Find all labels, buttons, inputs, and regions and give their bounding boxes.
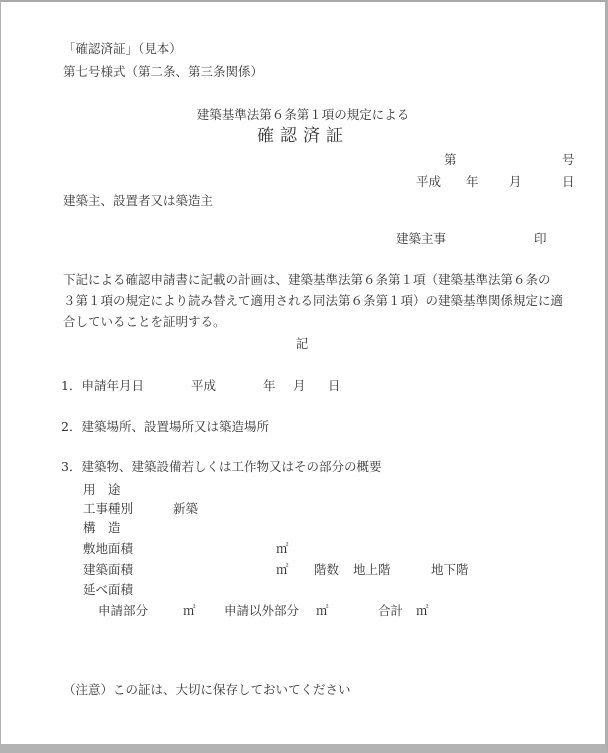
sum-label: 合計 xyxy=(378,603,403,619)
certify-paragraph-line1: 下記による確認申請書に記載の計画は、建築基準法第６条第１項（建築基準法第６条の xyxy=(63,272,551,288)
day-label: 日 xyxy=(562,174,575,190)
below-ground-label: 地下階 xyxy=(431,562,469,578)
month-label: 月 xyxy=(509,174,522,190)
issue-date-line: 平成 年 月 日 xyxy=(1,174,605,190)
work-type-value: 新築 xyxy=(173,501,198,517)
applied-portion-sqm-unit: ㎡ xyxy=(183,603,196,619)
site-area-sqm-unit: ㎡ xyxy=(276,541,289,557)
page-title: 確認済証 xyxy=(1,126,605,146)
above-ground-label: 地上階 xyxy=(353,562,391,578)
issue-number-prefix: 第 xyxy=(444,152,457,168)
item1-year-label: 年 xyxy=(263,378,276,394)
total-floor-area-label: 延べ面積 xyxy=(83,582,133,598)
item-building-location: 2．建築場所、設置場所又は築造場所 xyxy=(61,419,269,435)
year-label: 年 xyxy=(466,174,479,190)
statute-line: 建築基準法第６条第１項の規定による xyxy=(1,107,605,123)
issue-number-line: 第 号 xyxy=(1,152,605,168)
owner-label: 建築主、設置者又は築造主 xyxy=(63,193,213,209)
work-type-label: 工事種別 xyxy=(83,501,133,517)
floors-label: 階数 xyxy=(314,562,339,578)
item1-month-label: 月 xyxy=(293,378,306,394)
site-area-label: 敷地面積 xyxy=(83,541,133,557)
site-area-row: 敷地面積 ㎡ xyxy=(1,541,605,557)
item1-era-label: 平成 xyxy=(191,378,216,394)
item-application-date: 1．申請年月日 平成 年 月 日 xyxy=(1,378,605,394)
confirmation-certificate-document: 「確認済証」（見本） 第七号様式（第二条、第三条関係） 建築基準法第６条第１項の… xyxy=(0,0,608,753)
issue-number-suffix: 号 xyxy=(562,152,575,168)
building-area-sqm-unit: ㎡ xyxy=(276,562,289,578)
seal-mark: 印 xyxy=(534,231,547,247)
record-mark: 記 xyxy=(63,336,541,352)
floor-area-breakdown-row: 申請部分 ㎡ 申請以外部分 ㎡ 合計 ㎡ xyxy=(1,603,605,619)
non-applied-portion-label: 申請以外部分 xyxy=(224,603,299,619)
building-official-label: 建築主事 xyxy=(396,231,446,247)
item-building-overview: 3．建築物、建築設備若しくは工作物又はその部分の概要 xyxy=(61,459,381,475)
applied-portion-label: 申請部分 xyxy=(98,603,148,619)
work-type-row: 工事種別 新築 xyxy=(1,501,605,517)
official-line: 建築主事 印 xyxy=(1,231,605,247)
era-label: 平成 xyxy=(416,174,441,190)
non-applied-portion-sqm-unit: ㎡ xyxy=(316,603,329,619)
building-area-label: 建築面積 xyxy=(83,562,133,578)
doc-sample-label: 「確認済証」（見本） xyxy=(63,41,182,57)
certify-paragraph-line3: 合していることを証明する。 xyxy=(63,314,226,330)
structure-label: 構 造 xyxy=(83,520,121,536)
use-label: 用 途 xyxy=(83,482,121,498)
form-style-label: 第七号様式（第二条、第三条関係） xyxy=(63,64,263,80)
caution-note: （注意）この証は、大切に保存しておいてください xyxy=(63,682,351,698)
item1-day-label: 日 xyxy=(328,378,341,394)
item1-label: 1．申請年月日 xyxy=(61,378,144,394)
sum-sqm-unit: ㎡ xyxy=(416,603,429,619)
certify-paragraph-line2: ３第１項の規定により読み替えて適用される同法第６条第１項）の建築基準関係規定に適 xyxy=(63,293,563,309)
building-area-row: 建築面積 ㎡ 階数 地上階 地下階 xyxy=(1,562,605,578)
